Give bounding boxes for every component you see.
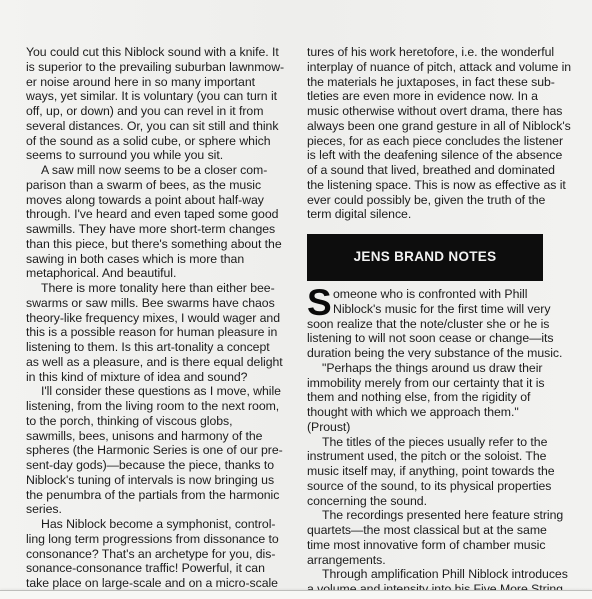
text-line: ling long term progressions from dissona… xyxy=(26,532,294,547)
text-line: moves along towards a point about half-w… xyxy=(26,193,294,208)
text-line: immobility merely from our certainty tha… xyxy=(307,376,579,391)
paragraph-start-line: A saw mill now seems to be a closer com- xyxy=(26,163,294,178)
text-line: to the porch, thinking of viscous globs, xyxy=(26,414,294,429)
text-line: concerning the sound. xyxy=(307,494,579,509)
text-line: seems to surround you while you sit. xyxy=(26,148,294,163)
text-line: soon realize that the note/cluster she o… xyxy=(307,317,579,332)
text-line: (Proust) xyxy=(307,420,579,435)
text-line: metaphorical. And beautiful. xyxy=(26,266,294,281)
text-line: spheres (the Harmonic Series is one of o… xyxy=(26,443,294,458)
drop-cap: S xyxy=(307,288,332,318)
paragraph-start-line: There is more tonality here than either … xyxy=(26,281,294,296)
section-heading: JENS BRAND NOTES xyxy=(354,250,497,265)
text-line: term digital silence. xyxy=(307,207,579,222)
text-line: tleties are even more in evidence now. I… xyxy=(307,89,579,104)
text-line: music otherwise without overt drama, the… xyxy=(307,104,579,119)
text-line: listening to them. Is this art-tonality … xyxy=(26,340,294,355)
text-line: time most innovative form of chamber mus… xyxy=(307,538,579,553)
page-bottom-edge xyxy=(0,590,592,599)
text-line: swarms or saw mills. Bee swarms have cha… xyxy=(26,296,294,311)
text-line: ways, yet similar. It is voluntary (you … xyxy=(26,89,294,104)
text-line: listening, from the living room to the n… xyxy=(26,399,294,414)
text-line: series. xyxy=(26,502,294,517)
text-line: theory-like frequency mixes, I would wag… xyxy=(26,311,294,326)
text-line: of a sound that lived, breathed and domi… xyxy=(307,163,579,178)
text-line: parison than a swarm of bees, as the mus… xyxy=(26,178,294,193)
text-line: quartets—the most classical but at the s… xyxy=(307,523,579,538)
text-line: Niblock's tuning of intervals is now bri… xyxy=(26,473,294,488)
text-line: tures of his work heretofore, i.e. the w… xyxy=(307,45,579,60)
text-line: listening to will not soon cease or chan… xyxy=(307,331,579,346)
text-line: instrument used, the pitch or the solois… xyxy=(307,449,579,464)
text-line: through. I've heard and even taped some … xyxy=(26,207,294,222)
text-line: source of the sound, to its physical pro… xyxy=(307,479,579,494)
text-line: of the sound as a solid cube, or sphere … xyxy=(26,134,294,149)
paragraph-start-line: The titles of the pieces usually refer t… xyxy=(307,435,579,450)
paragraph-start-line: Through amplification Phill Niblock intr… xyxy=(307,567,579,582)
text-line: several distances. Or, you can sit still… xyxy=(26,119,294,134)
text-line: Niblock's music for the first time will … xyxy=(307,302,579,317)
text-line: take place on large-scale and on a micro… xyxy=(26,576,294,591)
text-line: off, up, or down) and you can revel in i… xyxy=(26,104,294,119)
left-column: You could cut this Niblock sound with a … xyxy=(26,45,294,591)
text-line: them and nothing else, from the rigidity… xyxy=(307,390,579,405)
booklet-page: You could cut this Niblock sound with a … xyxy=(0,0,592,599)
text-line: sawmills, bees, unisons and harmony of t… xyxy=(26,429,294,444)
text-line: omeone who is confronted with Phill xyxy=(307,287,579,302)
paragraph-start-line: "Perhaps the things around us draw their xyxy=(307,361,579,376)
paragraph-start-line: The recordings presented here feature st… xyxy=(307,508,579,523)
text-line: pieces, for as each piece concludes the … xyxy=(307,134,579,149)
text-line: the penumbra of the partials from the ha… xyxy=(26,488,294,503)
text-line: always been one grand gesture in all of … xyxy=(307,119,579,134)
text-line: as well as a pleasure, and is there equa… xyxy=(26,355,294,370)
paragraph-start-line: Has Niblock become a symphonist, control… xyxy=(26,517,294,532)
text-line: sent-day gods)—because the piece, thanks… xyxy=(26,458,294,473)
text-line: sawmills. They have more short-term chan… xyxy=(26,222,294,237)
right-column: tures of his work heretofore, i.e. the w… xyxy=(307,45,579,597)
text-line: is superior to the prevailing suburban l… xyxy=(26,60,294,75)
text-line: the listening space. This is now as effe… xyxy=(307,178,579,193)
text-line: You could cut this Niblock sound with a … xyxy=(26,45,294,60)
text-line: consonance? That's an archetype for you,… xyxy=(26,547,294,562)
text-line: er noise around here in so many importan… xyxy=(26,75,294,90)
text-line: thought with which we approach them." xyxy=(307,405,579,420)
text-line: duration being the very substance of the… xyxy=(307,346,579,361)
text-line: sawing in both cases which is more than xyxy=(26,252,294,267)
text-line: sonance-consonance traffic! Powerful, it… xyxy=(26,561,294,576)
text-line: is left with the deafening silence of th… xyxy=(307,148,579,163)
text-line: than this piece, but there's something a… xyxy=(26,237,294,252)
text-line: ever could possibly be, given the truth … xyxy=(307,193,579,208)
text-line: music itself may, if anything, point tow… xyxy=(307,464,579,479)
text-line: this is a possible reason for human plea… xyxy=(26,325,294,340)
dropcap-paragraph: S omeone who is confronted with Phill Ni… xyxy=(307,287,579,597)
paragraph-start-line: I'll consider these questions as I move,… xyxy=(26,384,294,399)
text-line: interplay of nuance of pitch, attack and… xyxy=(307,60,579,75)
text-line: the materials he juxtaposes, in fact the… xyxy=(307,75,579,90)
section-heading-box: JENS BRAND NOTES xyxy=(307,234,543,281)
text-line: arrangements. xyxy=(307,553,579,568)
text-line: in this kind of mixture of idea and soun… xyxy=(26,370,294,385)
